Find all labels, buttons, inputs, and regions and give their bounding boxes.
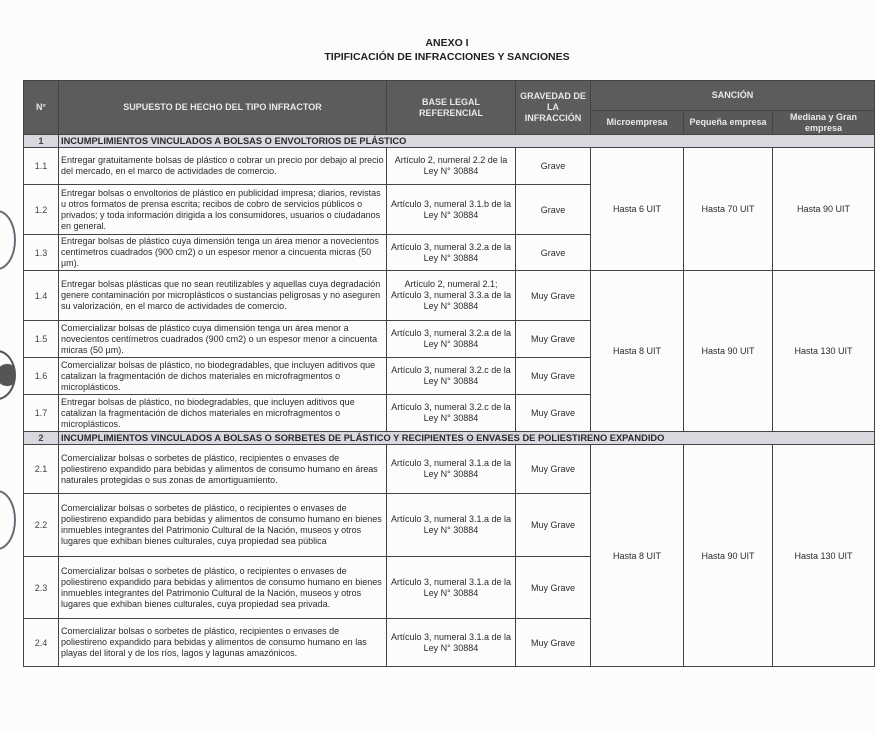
row-legal-base: Artículo 3, numeral 3.2.a de la Ley N° 3…: [387, 235, 516, 271]
section-title: INCUMPLIMIENTOS VINCULADOS A BOLSAS O SO…: [59, 432, 875, 445]
table-row: 1.4Entregar bolsas plásticas que no sean…: [24, 271, 875, 321]
row-legal-base: Artículo 3, numeral 3.1.a de la Ley N° 3…: [387, 445, 516, 494]
row-severity: Grave: [516, 235, 591, 271]
annex-label: ANEXO I: [0, 36, 876, 50]
sanction-pequena: Hasta 70 UIT: [684, 148, 773, 271]
row-description: Comercializar bolsas o sorbetes de plást…: [59, 619, 387, 667]
document-title: TIPIFICACIÓN DE INFRACCIONES Y SANCIONES: [0, 50, 876, 64]
document-title-block: ANEXO I TIPIFICACIÓN DE INFRACCIONES Y S…: [0, 36, 876, 64]
header-base-legal: BASE LEGAL REFERENCIAL: [387, 81, 516, 135]
row-severity: Muy Grave: [516, 557, 591, 619]
row-severity: Muy Grave: [516, 619, 591, 667]
row-severity: Muy Grave: [516, 358, 591, 395]
row-number: 1.3: [24, 235, 59, 271]
row-number: 1.5: [24, 321, 59, 358]
row-legal-base: Artículo 3, numeral 3.2.c de la Ley N° 3…: [387, 358, 516, 395]
seal-stamp-icon: [0, 490, 16, 550]
row-severity: Muy Grave: [516, 321, 591, 358]
row-legal-base: Artículo 3, numeral 3.1.a de la Ley N° 3…: [387, 494, 516, 557]
section-header-row: 2INCUMPLIMIENTOS VINCULADOS A BOLSAS O S…: [24, 432, 875, 445]
row-number: 2.2: [24, 494, 59, 557]
row-severity: Muy Grave: [516, 494, 591, 557]
header-gravedad: GRAVEDAD DE LA INFRACCIÓN: [516, 81, 591, 135]
sanction-micro: Hasta 6 UIT: [591, 148, 684, 271]
infractions-table: N° SUPUESTO DE HECHO DEL TIPO INFRACTOR …: [23, 80, 875, 667]
row-description: Entregar gratuitamente bolsas de plástic…: [59, 148, 387, 185]
row-description: Entregar bolsas o envoltorios de plástic…: [59, 185, 387, 235]
seal-stamp-icon: [0, 350, 16, 400]
row-number: 2.1: [24, 445, 59, 494]
row-legal-base: Artículo 3, numeral 3.1.a de la Ley N° 3…: [387, 557, 516, 619]
row-description: Entregar bolsas plásticas que no sean re…: [59, 271, 387, 321]
row-severity: Muy Grave: [516, 271, 591, 321]
table-row: 1.1Entregar gratuitamente bolsas de plás…: [24, 148, 875, 185]
row-description: Comercializar bolsas de plástico cuya di…: [59, 321, 387, 358]
row-description: Comercializar bolsas o sorbetes de plást…: [59, 445, 387, 494]
row-number: 1.6: [24, 358, 59, 395]
row-severity: Muy Grave: [516, 395, 591, 432]
header-pequena: Pequeña empresa: [684, 111, 773, 135]
row-description: Comercializar bolsas o sorbetes de plást…: [59, 557, 387, 619]
row-severity: Grave: [516, 148, 591, 185]
header-micro: Microempresa: [591, 111, 684, 135]
header-sancion: SANCIÓN: [591, 81, 875, 111]
section-number: 2: [24, 432, 59, 445]
row-number: 2.4: [24, 619, 59, 667]
section-header-row: 1INCUMPLIMIENTOS VINCULADOS A BOLSAS O E…: [24, 135, 875, 148]
row-description: Entregar bolsas de plástico cuya dimensi…: [59, 235, 387, 271]
seal-stamp-icon: [0, 210, 16, 270]
row-severity: Muy Grave: [516, 445, 591, 494]
sanction-pequena: Hasta 90 UIT: [684, 271, 773, 432]
header-mediana: Mediana y Gran empresa: [773, 111, 875, 135]
sanction-mediana: Hasta 130 UIT: [773, 445, 875, 667]
row-description: Comercializar bolsas o sorbetes de plást…: [59, 494, 387, 557]
row-number: 1.7: [24, 395, 59, 432]
header-num: N°: [24, 81, 59, 135]
row-severity: Grave: [516, 185, 591, 235]
sanction-mediana: Hasta 130 UIT: [773, 271, 875, 432]
header-supuesto: SUPUESTO DE HECHO DEL TIPO INFRACTOR: [59, 81, 387, 135]
row-legal-base: Artículo 3, numeral 3.2.c de la Ley N° 3…: [387, 395, 516, 432]
sanction-pequena: Hasta 90 UIT: [684, 445, 773, 667]
row-legal-base: Artículo 3, numeral 3.2.a de la Ley N° 3…: [387, 321, 516, 358]
sanction-mediana: Hasta 90 UIT: [773, 148, 875, 271]
row-description: Entregar bolsas de plástico, no biodegra…: [59, 395, 387, 432]
row-legal-base: Artículo 3, numeral 3.1.a de la Ley N° 3…: [387, 619, 516, 667]
row-number: 1.2: [24, 185, 59, 235]
row-number: 2.3: [24, 557, 59, 619]
row-number: 1.4: [24, 271, 59, 321]
row-number: 1.1: [24, 148, 59, 185]
sanction-micro: Hasta 8 UIT: [591, 271, 684, 432]
row-legal-base: Artículo 2, numeral 2.2 de la Ley N° 308…: [387, 148, 516, 185]
row-description: Comercializar bolsas de plástico, no bio…: [59, 358, 387, 395]
row-legal-base: Artículo 2, numeral 2.1; Artículo 3, num…: [387, 271, 516, 321]
section-number: 1: [24, 135, 59, 148]
table-row: 2.1Comercializar bolsas o sorbetes de pl…: [24, 445, 875, 494]
row-legal-base: Artículo 3, numeral 3.1.b de la Ley N° 3…: [387, 185, 516, 235]
section-title: INCUMPLIMIENTOS VINCULADOS A BOLSAS O EN…: [59, 135, 875, 148]
sanction-micro: Hasta 8 UIT: [591, 445, 684, 667]
